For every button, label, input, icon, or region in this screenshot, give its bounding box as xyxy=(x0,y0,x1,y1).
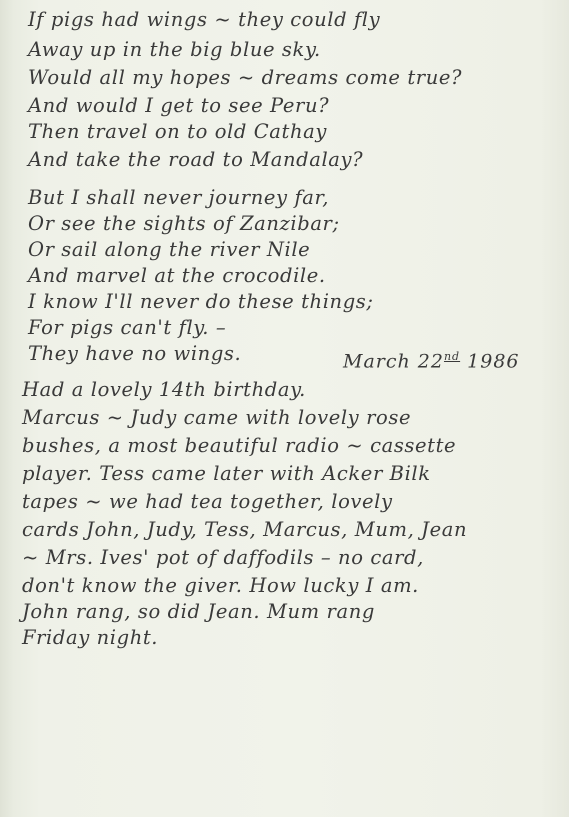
poem-line: Then travel on to old Cathay xyxy=(28,120,327,143)
journal-page: If pigs had wings ~ they could fly Away … xyxy=(0,0,569,817)
poem-line: And marvel at the crocodile. xyxy=(28,264,326,287)
poem-line: Or see the sights of Zanzibar; xyxy=(28,212,340,235)
diary-line: Marcus ~ Judy came with lovely rose xyxy=(22,406,411,429)
date-suffix: nd xyxy=(444,350,460,363)
diary-line: player. Tess came later with Acker Bilk xyxy=(22,462,431,485)
poem-line: For pigs can't fly. – xyxy=(28,316,226,339)
poem-line: And take the road to Mandalay? xyxy=(28,148,363,171)
reverse-side-bleed-through xyxy=(545,610,549,712)
poem-line: I know I'll never do these things; xyxy=(28,290,374,313)
diary-date: March 22nd 1986 xyxy=(343,350,520,372)
diary-line: cards John, Judy, Tess, Marcus, Mum, Jea… xyxy=(22,518,467,541)
date-year: 1986 xyxy=(467,350,519,372)
poem-line: Would all my hopes ~ dreams come true? xyxy=(28,66,462,89)
diary-line: ~ Mrs. Ives' pot of daffodils – no card, xyxy=(22,546,424,569)
poem-line: Or sail along the river Nile xyxy=(28,238,310,261)
diary-line: tapes ~ we had tea together, lovely xyxy=(22,490,393,513)
diary-line: Had a lovely 14th birthday. xyxy=(22,378,306,401)
poem-line: Away up in the big blue sky. xyxy=(28,38,321,61)
diary-line: Friday night. xyxy=(22,626,158,649)
diary-line: John rang, so did Jean. Mum rang xyxy=(22,600,375,623)
diary-line: bushes, a most beautiful radio ~ cassett… xyxy=(22,434,456,457)
poem-line: But I shall never journey far, xyxy=(28,186,329,209)
poem-line: If pigs had wings ~ they could fly xyxy=(28,8,380,31)
date-month-day: March 22 xyxy=(343,350,444,372)
poem-line: They have no wings. xyxy=(28,342,241,365)
poem-line: And would I get to see Peru? xyxy=(28,94,329,117)
diary-line: don't know the giver. How lucky I am. xyxy=(22,574,419,597)
